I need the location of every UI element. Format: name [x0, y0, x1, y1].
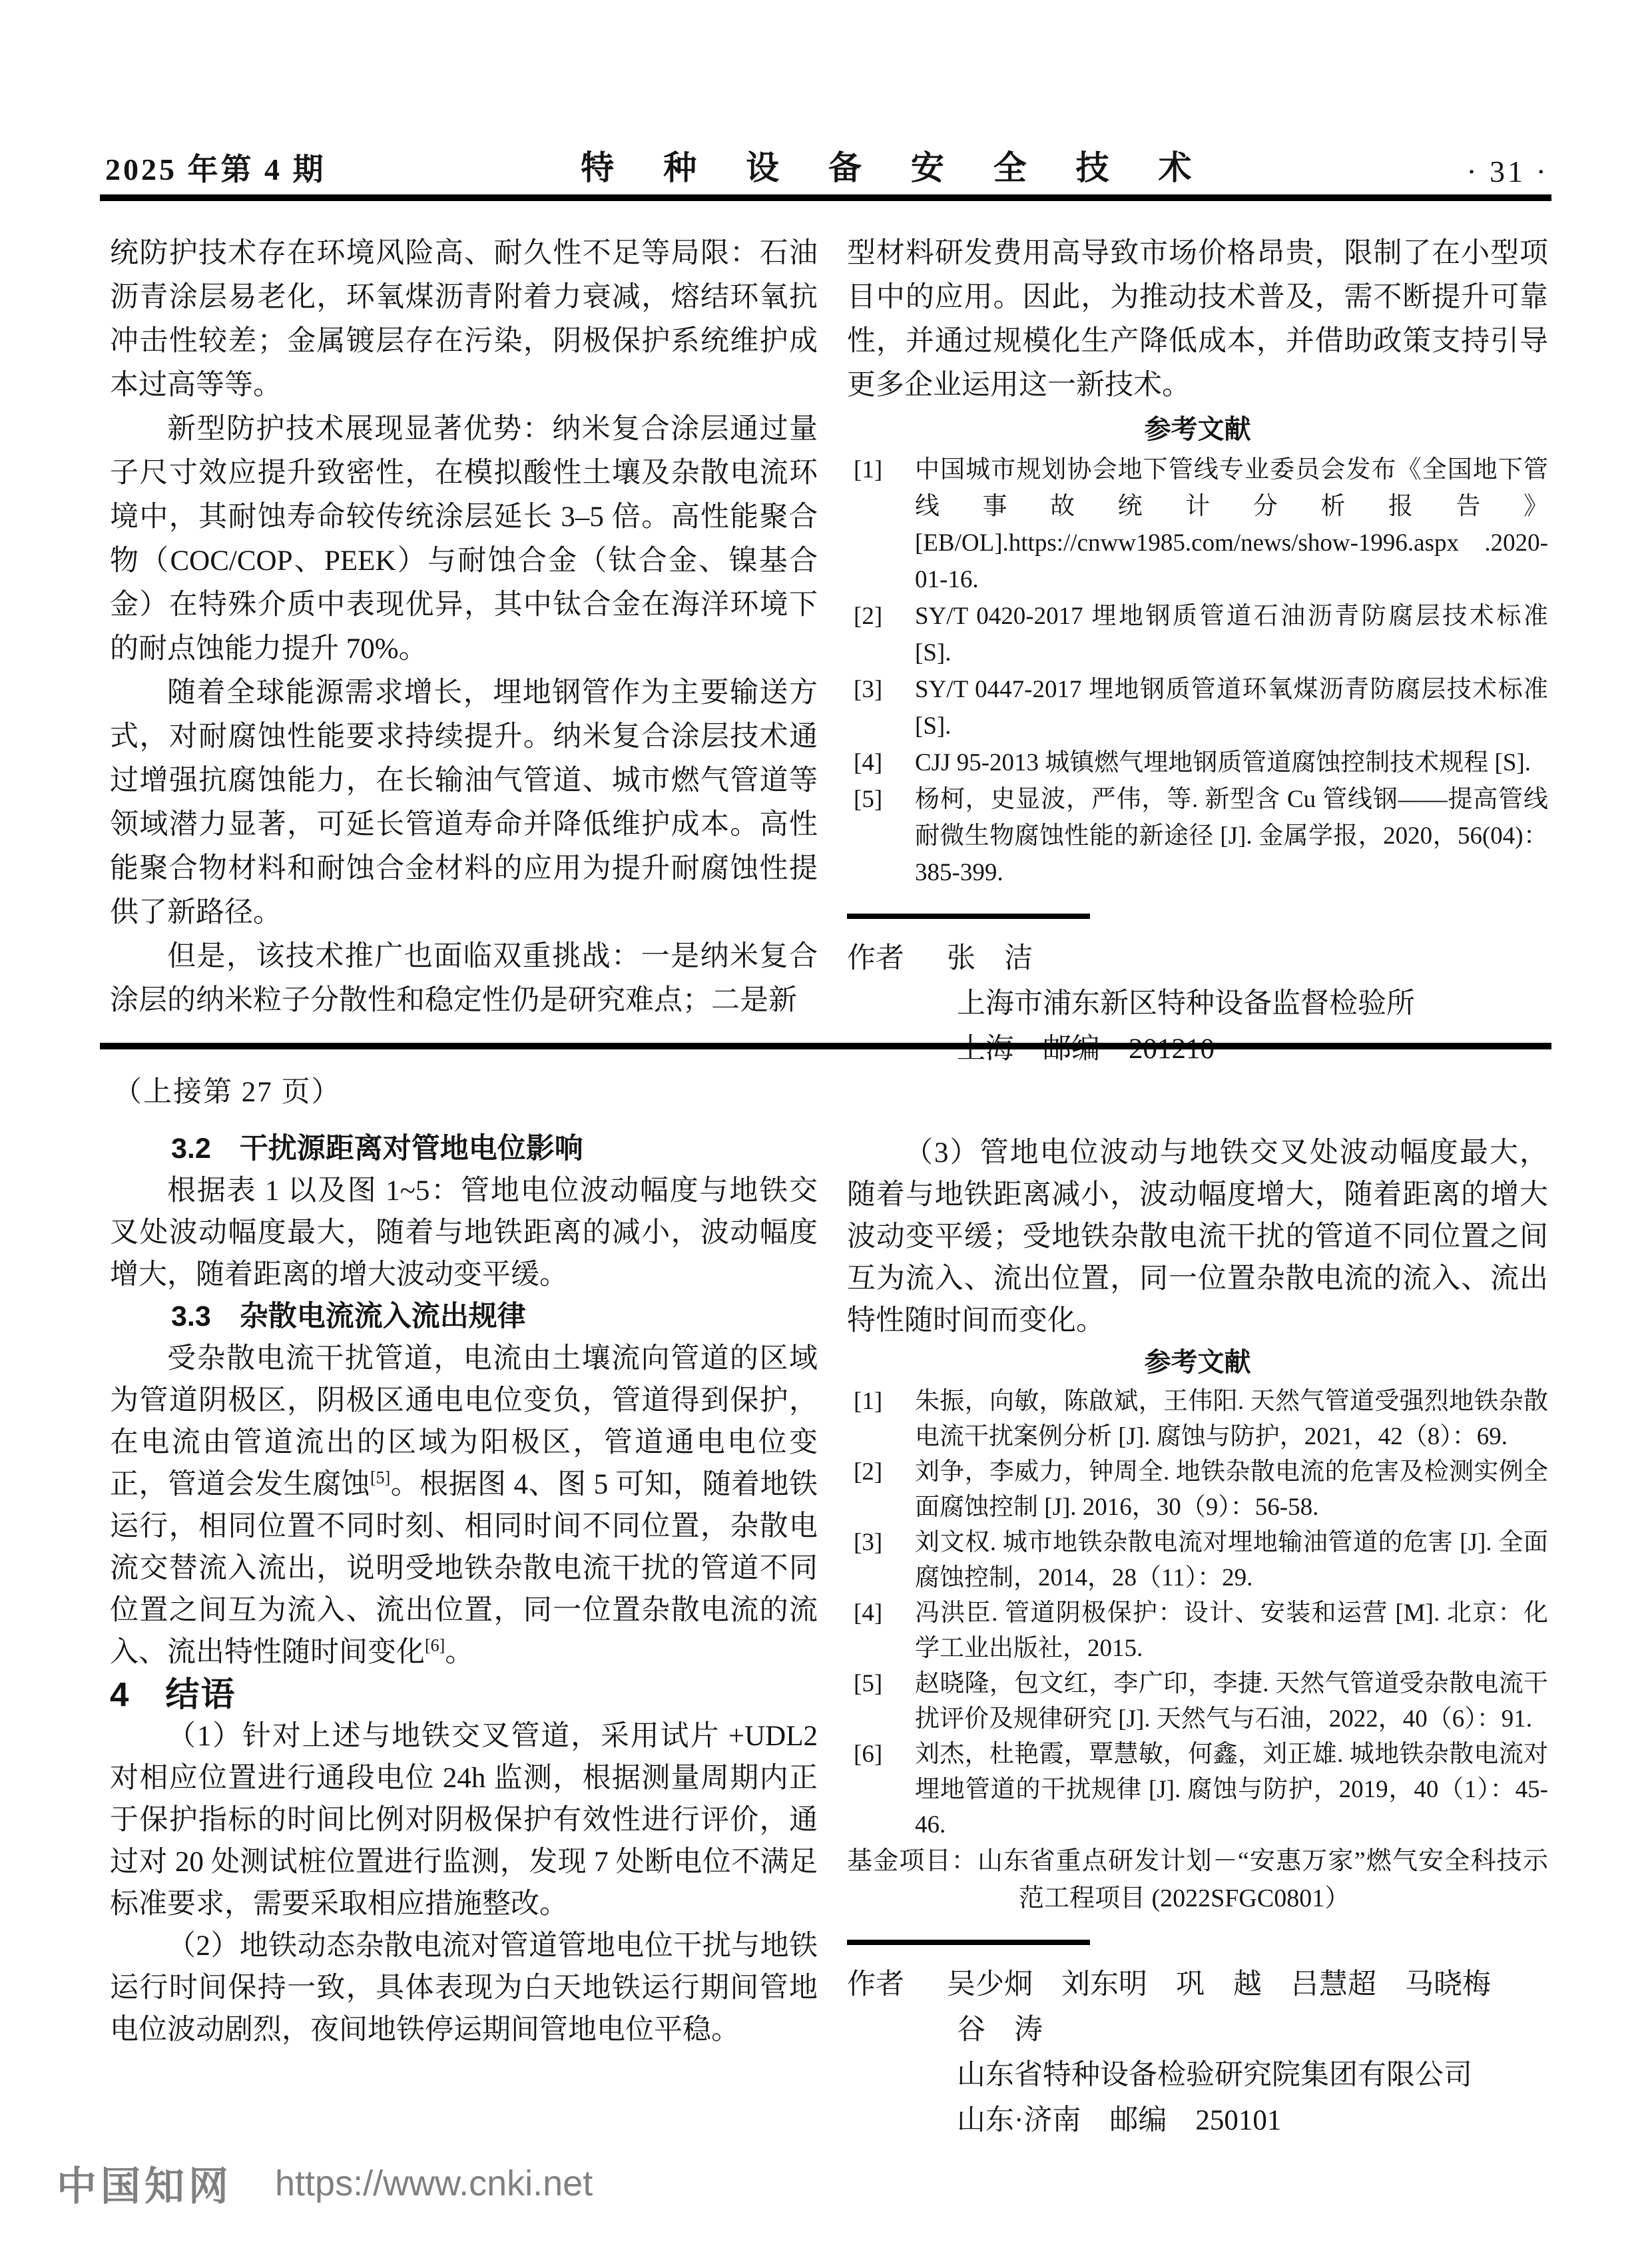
- page-footer: 中国知网 https://www.cnki.net: [57, 2155, 593, 2212]
- author-block: 作者 张 洁 上海市浦东新区特种设备监督检验所 上海 邮编 201210: [847, 936, 1548, 1072]
- author-label: 作者: [847, 1962, 904, 2008]
- paragraph-3-3: 受杂散电流干扰管道，电流由土壤流向管道的区域为管道阴极区，阴极区通电电位变负，管…: [110, 1338, 818, 1673]
- section-heading-3-2: 3.2 干扰源距离对管地电位影响: [110, 1128, 818, 1170]
- cnki-logo: 中国知网: [57, 2155, 232, 2212]
- reference-item: [5] 杨柯，史显波，严伟，等. 新型含 Cu 管线钢——提高管线耐微生物腐蚀性…: [847, 781, 1548, 891]
- section-heading-4: 4 结语: [110, 1673, 818, 1715]
- page-header: 2025 年第 4 期 特 种 设 备 安 全 技 术 · 31 ·: [105, 141, 1549, 189]
- reference-text: SY/T 0447-2017 埋地钢质管道环氧煤沥青防腐层技术标准 [S].: [915, 676, 1548, 740]
- reference-number: [5]: [854, 781, 882, 818]
- reference-text: 刘争，李威力，钟周全. 地铁杂散电流的危害及检测实例全面腐蚀控制 [J]. 20…: [915, 1458, 1548, 1521]
- reference-number: [4]: [854, 1595, 882, 1631]
- citation-superscript: [6]: [425, 1636, 445, 1655]
- reference-number: [2]: [854, 1454, 882, 1490]
- funding-note: 基金项目：山东省重点研发计划－“安惠万家”燃气安全科技示范工程项目 (2022S…: [847, 1842, 1548, 1917]
- paragraph: 统防护技术存在环境风险高、耐久性不足等局限：石油沥青涂层易老化，环氧煤沥青附着力…: [110, 232, 818, 408]
- reference-item: [1] 中国城市规划协会地下管线专业委员会发布《全国地下管线事故统计分析报告》[…: [847, 451, 1548, 598]
- author-affiliation: 山东省特种设备检验研究院集团有限公司: [847, 2053, 1548, 2098]
- reference-list: [1] 中国城市规划协会地下管线专业委员会发布《全国地下管线事故统计分析报告》[…: [847, 451, 1548, 891]
- reference-item: [4] 冯洪臣. 管道阴极保护：设计、安装和运营 [M]. 北京：化学工业出版社…: [847, 1595, 1548, 1666]
- reference-number: [2]: [854, 598, 882, 635]
- author-postcode: 上海 邮编 201210: [847, 1027, 1548, 1072]
- paragraph: 随着全球能源需求增长，埋地钢管作为主要输送方式，对耐腐蚀性能要求持续提升。纳米复…: [110, 671, 818, 935]
- page-number: · 31 ·: [1466, 154, 1549, 189]
- continuation-note: （上接第 27 页）: [113, 1069, 342, 1110]
- reference-item: [4] CJJ 95-2013 城镇燃气埋地钢质管道腐蚀控制技术规程 [S].: [847, 744, 1548, 781]
- reference-text: 冯洪臣. 管道阴极保护：设计、安装和运营 [M]. 北京：化学工业出版社，201…: [915, 1599, 1548, 1662]
- reference-text: 刘文权. 城市地铁杂散电流对埋地输油管道的危害 [J]. 全面腐蚀控制，2014…: [915, 1529, 1548, 1591]
- column-top-right: 型材料研发费用高导致市场价格昂贵，限制了在小型项目中的应用。因此，为推动技术普及…: [847, 232, 1548, 1072]
- reference-number: [3]: [854, 1525, 882, 1560]
- paragraph: （2）地铁动态杂散电流对管道管地电位干扰与地铁运行时间保持一致，具体表现为白天地…: [110, 1925, 818, 2051]
- reference-text: 赵晓隆，包文红，李广印，李捷. 天然气管道受杂散电流干扰评价及规律研究 [J].…: [915, 1670, 1548, 1733]
- author-affiliation: 上海市浦东新区特种设备监督检验所: [847, 981, 1548, 1027]
- header-rule: [100, 194, 1551, 201]
- journal-page: 2025 年第 4 期 特 种 设 备 安 全 技 术 · 31 · 统防护技术…: [0, 0, 1652, 2242]
- reference-number: [5]: [854, 1666, 882, 1701]
- paragraph: （1）针对上述与地铁交叉管道，采用试片 +UDL2 对相应位置进行通段电位 24…: [110, 1715, 818, 1925]
- author-names: 谷 涛: [847, 2008, 1548, 2053]
- reference-text: SY/T 0420-2017 埋地钢质管道石油沥青防腐层技术标准 [S].: [915, 603, 1548, 667]
- reference-item: [3] 刘文权. 城市地铁杂散电流对埋地输油管道的危害 [J]. 全面腐蚀控制，…: [847, 1525, 1548, 1595]
- reference-text: 刘杰，杜艳霞，覃慧敏，何鑫，刘正雄. 城地铁杂散电流对埋地管道的干扰规律 [J]…: [915, 1741, 1548, 1838]
- section-heading-3-3: 3.3 杂散电流流入流出规律: [110, 1296, 818, 1338]
- reference-item: [2] SY/T 0420-2017 埋地钢质管道石油沥青防腐层技术标准 [S]…: [847, 598, 1548, 671]
- author-block: 作者 吴少炯 刘东明 巩 越 吕慧超 马晓梅 谷 涛 山东省特种设备检验研究院集…: [847, 1962, 1548, 2143]
- reference-text: 朱振，向敏，陈啟斌，王伟阳. 天然气管道受强烈地铁杂散电流干扰案例分析 [J].…: [915, 1388, 1548, 1450]
- reference-number: [6]: [854, 1737, 882, 1772]
- reference-item: [1] 朱振，向敏，陈啟斌，王伟阳. 天然气管道受强烈地铁杂散电流干扰案例分析 …: [847, 1384, 1548, 1454]
- author-divider-rule: [847, 914, 1090, 919]
- section-divider-rule: [100, 1043, 1551, 1049]
- author-names: 吴少炯 刘东明 巩 越 吕慧超 马晓梅: [947, 1962, 1491, 2008]
- paragraph: 新型防护技术展现显著优势：纳米复合涂层通过量子尺寸效应提升致密性，在模拟酸性土壤…: [110, 408, 818, 671]
- paragraph: 根据表 1 以及图 1~5：管地电位波动幅度与地铁交叉处波动幅度最大，随着与地铁…: [110, 1170, 818, 1296]
- author-postcode: 山东·济南 邮编 250101: [847, 2098, 1548, 2143]
- reference-number: [1]: [854, 451, 882, 488]
- references-title: 参考文献: [847, 1342, 1548, 1384]
- reference-number: [3]: [854, 671, 882, 708]
- reference-text: CJJ 95-2013 城镇燃气埋地钢质管道腐蚀控制技术规程 [S].: [915, 749, 1531, 776]
- references-title: 参考文献: [847, 408, 1548, 451]
- reference-item: [6] 刘杰，杜艳霞，覃慧敏，何鑫，刘正雄. 城地铁杂散电流对埋地管道的干扰规律…: [847, 1737, 1548, 1842]
- reference-text: 中国城市规划协会地下管线专业委员会发布《全国地下管线事故统计分析报告》[EB/O…: [915, 456, 1548, 593]
- journal-issue: 2025 年第 4 期: [105, 145, 326, 189]
- journal-title: 特 种 设 备 安 全 技 术: [581, 141, 1211, 189]
- citation-superscript: [5]: [370, 1468, 390, 1488]
- reference-item: [3] SY/T 0447-2017 埋地钢质管道环氧煤沥青防腐层技术标准 [S…: [847, 671, 1548, 744]
- cnki-url-link[interactable]: https://www.cnki.net: [275, 2163, 593, 2204]
- author-divider-rule: [847, 1940, 1090, 1945]
- reference-item: [2] 刘争，李威力，钟周全. 地铁杂散电流的危害及检测实例全面腐蚀控制 [J]…: [847, 1454, 1548, 1525]
- reference-number: [1]: [854, 1384, 882, 1419]
- reference-number: [4]: [854, 744, 882, 781]
- column-bottom-right: （3）管地电位波动与地铁交叉处波动幅度最大，随着与地铁距离减小，波动幅度增大，随…: [847, 1132, 1548, 2143]
- column-bottom-left: 3.2 干扰源距离对管地电位影响 根据表 1 以及图 1~5：管地电位波动幅度与…: [110, 1128, 818, 2051]
- column-top-left: 统防护技术存在环境风险高、耐久性不足等局限：石油沥青涂层易老化，环氧煤沥青附着力…: [110, 232, 818, 1023]
- paragraph: 型材料研发费用高导致市场价格昂贵，限制了在小型项目中的应用。因此，为推动技术普及…: [847, 232, 1548, 408]
- reference-list: [1] 朱振，向敏，陈啟斌，王伟阳. 天然气管道受强烈地铁杂散电流干扰案例分析 …: [847, 1384, 1548, 1842]
- paragraph: （3）管地电位波动与地铁交叉处波动幅度最大，随着与地铁距离减小，波动幅度增大，随…: [847, 1132, 1548, 1342]
- author-label: 作者: [847, 936, 904, 981]
- reference-text: 杨柯，史显波，严伟，等. 新型含 Cu 管线钢——提高管线耐微生物腐蚀性能的新途…: [915, 786, 1548, 886]
- reference-item: [5] 赵晓隆，包文红，李广印，李捷. 天然气管道受杂散电流干扰评价及规律研究 …: [847, 1666, 1548, 1737]
- author-name: 张 洁: [947, 936, 1033, 981]
- paragraph: 但是，该技术推广也面临双重挑战：一是纳米复合涂层的纳米粒子分散性和稳定性仍是研究…: [110, 935, 818, 1023]
